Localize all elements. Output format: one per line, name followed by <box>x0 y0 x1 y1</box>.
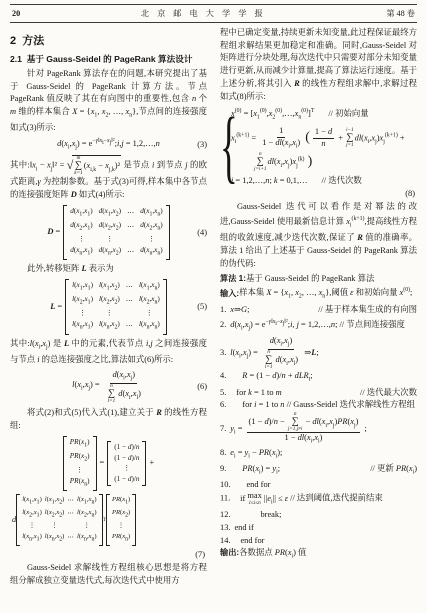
step-number: 7. <box>220 424 226 433</box>
matrix-cell: d(x1,x2) <box>99 206 121 220</box>
vector: PR(x1) PR(x2) ⋮ PR(xn) <box>106 494 136 546</box>
step-body: break; <box>260 510 281 519</box>
equation-lhs: l(xi,xj) = <box>72 380 100 393</box>
vector-cell: (1 − d)/n <box>114 474 139 485</box>
right-column: 程中已确定变量,持续更新未知变量,此过程保证最终方程组求解结果更加稳定和准确。同… <box>220 27 417 588</box>
matrix-cell: d(xn,x2) <box>99 245 121 259</box>
subsection-heading: 2.1 基于 Gauss-Seidel 的 PageRank 算法设计 <box>10 53 207 65</box>
algorithm-step: 14.end for <box>220 535 417 548</box>
step-comment: // 迭代最大次数 <box>360 387 417 400</box>
paragraph: 此外,转移矩阵 L 表示为 <box>10 263 207 276</box>
equation-7-part1: PR(x1) PR(x2) ⋮ PR(xn) = (1 − d)/n (1 − … <box>10 436 207 492</box>
matrix-cell: ⋮ <box>29 521 36 532</box>
matrix-cell: d(x1,xn) <box>140 206 162 220</box>
paragraph: Gauss-Seidel 迭代可以看作是对幂法的改进,Gauss-Seidel … <box>220 201 417 271</box>
system-brace: { <box>220 109 226 183</box>
equation-number: (6) <box>197 382 207 393</box>
matrix-cell: d(xn,xn) <box>140 245 162 259</box>
matrix: d(x1,x1)d(x1,x2)⋯d(x1,xn) d(x2,x1)d(x2,x… <box>63 205 169 261</box>
matrix-cell: ⋯ <box>126 282 133 293</box>
equation-number: (5) <box>197 302 207 313</box>
algorithm-step: 13.end if <box>220 522 417 535</box>
algorithm-step: 12.break; <box>220 509 417 522</box>
algorithm-step: 3.l(xi,xj) = d(xi,xj)n∑l=1 d(xi,xl) ⇒L; <box>220 336 417 371</box>
matrix-cell: l(x2,x1) <box>22 508 42 521</box>
step-body: for k = 1 to m <box>236 388 281 397</box>
matrix-cell: l(x1,x1) <box>72 280 93 294</box>
step-body: end for <box>246 480 270 489</box>
vector: PR(x1) PR(x2) ⋮ PR(xn) <box>63 436 97 492</box>
matrix-cell: l(xn,xn) <box>77 532 97 545</box>
step-number: 5. <box>220 388 226 397</box>
algorithm-step: 5.for k = 1 to m// 迭代最大次数 <box>220 387 417 400</box>
eq8-line4: i = 1,2,…,n; k = 0,1,…// 迭代次数 <box>231 174 417 187</box>
matrix-cell: ⋮ <box>78 234 85 245</box>
paper-page: 20 北 京 邮 电 大 学 学 报 第 48 卷 2 方法 2.1 基于 Ga… <box>0 0 427 613</box>
matrix-cell: ⋯ <box>67 496 74 507</box>
vector-cell: PR(xn) <box>112 532 130 545</box>
eq8-line1: x(0) = [x1(0),x2(0),…,xn(0)]T// 初始向量 <box>231 105 417 124</box>
two-column-body: 2 方法 2.1 基于 Gauss-Seidel 的 PageRank 算法设计… <box>10 23 417 588</box>
algorithm-step: 6.for i = 1 to n // Gauss-Seidel 迭代求解线性方… <box>220 399 417 412</box>
step-body: end for <box>240 536 264 545</box>
matrix-cell: ⋮ <box>148 234 155 245</box>
equation-6: l(xi,xj) = d(xi,xj)n∑l=1 d(xi,xl) (6) <box>10 370 207 405</box>
matrix-cell: ⋯ <box>126 296 133 307</box>
matrix-cell: l(x1,xn) <box>139 280 160 294</box>
page-number: 20 <box>12 9 20 18</box>
fraction: d(xi,xj)n∑l=1 d(xi,xl) <box>105 370 143 405</box>
matrix-cell: l(x1,x2) <box>99 280 120 294</box>
matrix-cell: ⋯ <box>67 533 74 544</box>
step-body: l(xi,xj) = d(xi,xj)n∑l=1 d(xi,xl) ⇒L; <box>230 348 318 357</box>
matrix: l(x1,x1)l(x1,x2)⋯l(x1,xn) l(x2,x1)l(x2,x… <box>16 494 102 546</box>
vector-cell: PR(xn) <box>70 476 90 490</box>
matrix-cell: ⋮ <box>79 308 86 319</box>
matrix-cell: ⋯ <box>67 509 74 520</box>
vector-cell: ⋮ <box>76 465 83 476</box>
step-body: R = (1 − d)/n + dLRt; <box>242 371 312 380</box>
journal-title: 北 京 邮 电 大 学 学 报 <box>141 8 266 19</box>
equation-7-part2: d l(x1,x1)l(x1,x2)⋯l(x1,xn) l(x2,x1)l(x2… <box>10 494 207 546</box>
inline-comment: // 迭代次数 <box>321 176 361 185</box>
matrix-cell: l(x1,x2) <box>45 495 65 508</box>
matrix-cell: ⋮ <box>106 234 113 245</box>
vector-cell: PR(x1) <box>70 437 90 451</box>
matrix-cell: l(x1,x1) <box>22 495 42 508</box>
paragraph: 其中:‖xi − xj‖² = √m∑k=1(xi,k − xj,k)² 是节点… <box>10 155 207 202</box>
step-number: 13. <box>220 523 230 532</box>
matrix-cell: l(xn,x2) <box>45 532 65 545</box>
matrix-cell: ⋯ <box>127 247 134 258</box>
algorithm-step: 8.ei = yi − PR(xi); <box>220 447 417 463</box>
algorithm-output: 输出:各数据点 PR(xi) 值 <box>220 547 417 563</box>
step-body: end if <box>234 523 253 532</box>
bracket-right <box>163 279 167 335</box>
equation-5: L = l(x1,x1)l(x1,x2)⋯l(x1,xn) l(x2,x1)l(… <box>10 279 207 335</box>
matrix-cell: l(xn,x1) <box>72 319 93 333</box>
matrix-cell: ⋮ <box>106 308 113 319</box>
inline-comment: // 初始向量 <box>328 109 368 118</box>
matrix-cell: ⋮ <box>83 521 90 532</box>
matrix-cell: l(x1,xn) <box>77 495 97 508</box>
step-number: 8. <box>220 448 226 457</box>
step-body: for i = 1 to n <box>242 400 286 409</box>
matrix-cell: l(xn,xn) <box>139 319 160 333</box>
paragraph: 将式(2)和式(5)代入式(1),建立关于 R 的线性方程组: <box>10 407 207 432</box>
matrix-cell: ⋮ <box>51 521 58 532</box>
left-column: 2 方法 2.1 基于 Gauss-Seidel 的 PageRank 算法设计… <box>10 27 207 588</box>
step-body: PR(xi) = yi; <box>242 464 280 473</box>
matrix-cell: l(x2,xn) <box>77 508 97 521</box>
matrix-cell: l(x2,x2) <box>99 294 120 308</box>
vector: (1 − d)/n (1 − d)/n ⋮ (1 − d)/n <box>107 441 146 486</box>
equation-4: D = d(x1,x1)d(x1,x2)⋯d(x1,xn) d(x2,x1)d(… <box>10 205 207 261</box>
step-body: if max1≤i≤n ||ei|| ≤ ε <box>240 494 290 503</box>
algorithm-step: 11.if max1≤i≤n ||ei|| ≤ ε // 达到阈值,迭代提前结束 <box>220 492 417 509</box>
step-number: 10. <box>220 480 230 489</box>
equation-8: { x(0) = [x1(0),x2(0),…,xn(0)]T// 初始向量 x… <box>220 105 417 186</box>
equation-number: (7) <box>10 549 205 560</box>
running-header: 20 北 京 邮 电 大 学 学 报 第 48 卷 <box>10 4 417 23</box>
algorithm-step: 4.R = (1 − d)/n + dLRt; <box>220 370 417 386</box>
step-body: x⇒G; <box>230 305 249 314</box>
algorithm-step: 2.d(xi,xj) = e−γ‖xi−xj‖²;i, j = 1,2,…,n;… <box>220 316 417 335</box>
step-comment: // 基于样本集生成的有向图 <box>318 304 417 317</box>
bracket-right <box>166 205 170 261</box>
matrix-cell: l(x2,xn) <box>139 294 160 308</box>
matrix-cell: ⋮ <box>146 308 153 319</box>
vector-cell: PR(x2) <box>112 508 130 521</box>
vector-cell: ⋮ <box>123 463 130 474</box>
step-comment: // Gauss-Seidel 迭代求解线性方程组 <box>287 400 415 409</box>
step-number: 6. <box>220 400 226 409</box>
paragraph: 其中:l(xi,xj) 是 L 中的元素,代表节点 i,j 之间连接强度与节点 … <box>10 338 207 367</box>
matrix-cell: d(x2,xn) <box>140 220 162 234</box>
paragraph: 程中已确定变量,持续更新未知变量,此过程保证最终方程组求解结果更加稳定和准确。同… <box>220 27 417 103</box>
step-number: 14. <box>220 536 230 545</box>
vector-cell: PR(x1) <box>112 495 130 508</box>
equals-sign: = <box>100 458 105 469</box>
matrix-cell: l(x2,x2) <box>45 508 65 521</box>
paragraph: Gauss-Seidel 求解线性方程组核心思想是将方程组分解成独立变量迭代式,… <box>10 562 207 587</box>
equation-3: d(xi,xj) = e−γ‖xi−xj‖²;i,j = 1,2,…,n (3) <box>10 138 207 152</box>
vector-cell: ⋮ <box>118 521 125 532</box>
eq8-line3: n∑j=i+1dl(xi,xj)xj(k) ) <box>231 152 417 173</box>
step-number: 1. <box>220 305 226 314</box>
matrix-cell: d(x2,x1) <box>70 220 92 234</box>
section-heading: 2 方法 <box>10 32 207 48</box>
matrix-cell: ⋯ <box>126 321 133 332</box>
matrix-cell: l(xn,x1) <box>22 532 42 545</box>
matrix-lhs: L = <box>50 302 62 313</box>
step-number: 12. <box>220 510 230 519</box>
volume-label: 第 48 卷 <box>386 8 415 19</box>
step-number: 3. <box>220 348 226 357</box>
equation-number: (4) <box>197 227 207 238</box>
equation-number: (3) <box>197 140 207 151</box>
step-number: 2. <box>220 320 226 329</box>
algorithm-input: 输入:样本集 X = {x1, x2, …, xn},阈值 ε 和初始向量 x(… <box>220 285 417 304</box>
equation-body: d(xi,xj) = e−γ‖xi−xj‖²;i,j = 1,2,…,n <box>57 138 160 152</box>
plus-sign: + <box>149 458 154 469</box>
algorithm-title: 算法 1:基于 Gauss-Seidel 的 PageRank 算法 <box>220 272 417 285</box>
paragraph: 针对 PageRank 算法存在的问题,本研究提出了基于 Gauss-Seide… <box>10 68 207 135</box>
step-number: 4. <box>220 371 226 380</box>
matrix-cell: ⋯ <box>127 208 134 219</box>
eq8-line2: xi(k+1) = 11 − dl(xi,xi)(1 − dn + i−1∑j=… <box>231 126 417 151</box>
vector-cell: (1 − d)/n <box>114 453 139 464</box>
step-comment: // 更新 PR(xi) <box>370 463 417 479</box>
algorithm-step: 9.PR(xi) = yi;// 更新 PR(xi) <box>220 463 417 479</box>
algorithm-step: 1.x⇒G;// 基于样本集生成的有向图 <box>220 304 417 317</box>
equation-number: (8) <box>220 188 415 199</box>
step-number: 9. <box>220 464 226 473</box>
matrix-lhs: D = <box>47 227 60 238</box>
step-body: yi = (1 − d)/n − n∑j=1,j≠i − dl(xi,xj)PR… <box>230 424 367 433</box>
step-number: 11. <box>220 494 230 503</box>
matrix-cell: d(xn,x1) <box>70 245 92 259</box>
matrix: l(x1,x1)l(x1,x2)⋯l(x1,xn) l(x2,x1)l(x2,x… <box>65 279 167 335</box>
matrix-cell: l(xn,x2) <box>99 319 120 333</box>
matrix-cell: d(x1,x1) <box>70 206 92 220</box>
step-body: d(xi,xj) = e−γ‖xi−xj‖²;i, j = 1,2,…,n; <box>230 320 339 329</box>
matrix-cell: l(x2,x1) <box>72 294 93 308</box>
matrix-cell: ⋯ <box>127 222 134 233</box>
step-comment: // 达到阈值,迭代提前结束 <box>290 494 383 503</box>
vector-cell: (1 − d)/n <box>114 442 139 453</box>
step-comment: // 节点间连接强度 <box>339 320 404 329</box>
step-body: ei = yi − PR(xi); <box>230 448 282 457</box>
vector-cell: PR(x2) <box>70 451 90 465</box>
matrix-cell: d(x2,x2) <box>99 220 121 234</box>
algorithm-step: 7.yi = (1 − d)/n − n∑j=1,j≠i − dl(xi,xj)… <box>220 412 417 447</box>
